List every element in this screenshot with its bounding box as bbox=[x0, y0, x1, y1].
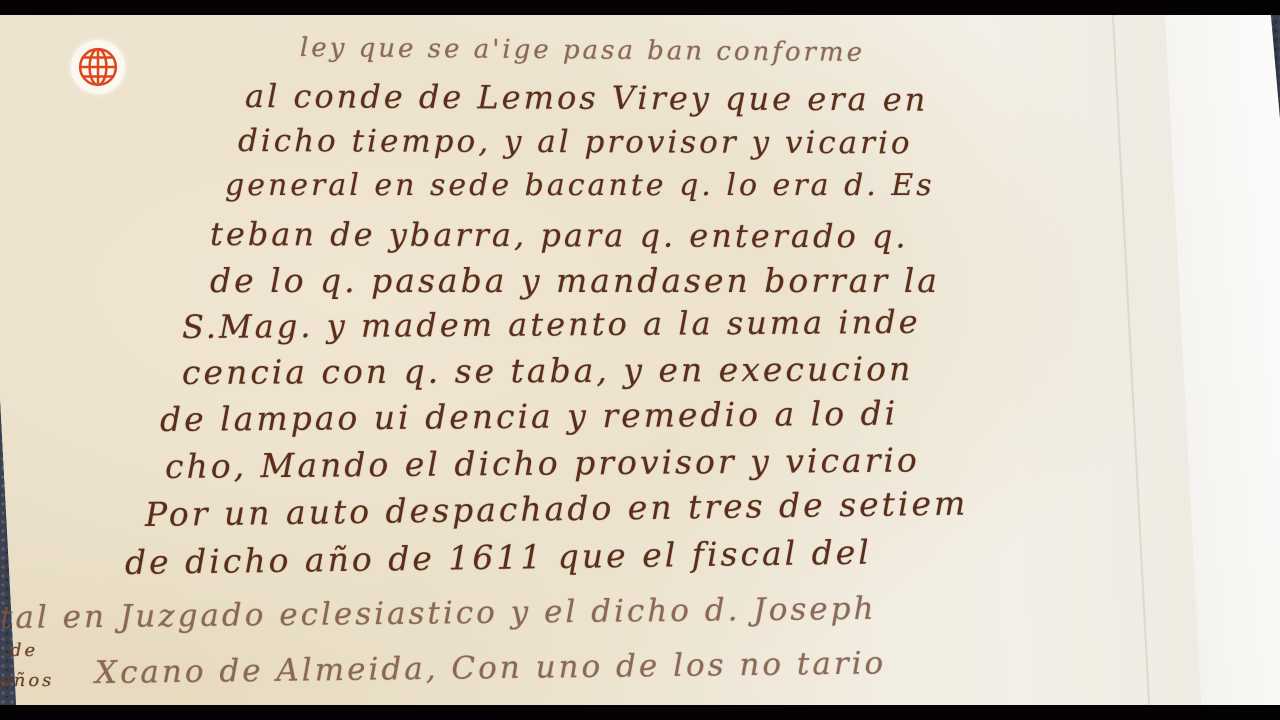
manuscript-line: cho, Mando el dicho provisor y vicario bbox=[165, 440, 920, 486]
manuscript-line: dicho tiempo, y al provisor y vicario bbox=[238, 123, 913, 161]
letterbox-bottom-bar bbox=[0, 705, 1280, 720]
manuscript-line: general en sede bacante q. lo era d. Es bbox=[225, 168, 935, 203]
manuscript-line: de lo q. pasaba y mandasen borrar la bbox=[210, 261, 940, 300]
channel-logo bbox=[71, 40, 125, 94]
manuscript-line: ley que se a'ige pasa ban conforme bbox=[300, 33, 865, 68]
margin-note: de bbox=[10, 640, 38, 661]
manuscript-line: de dicho año de 1611 que el fiscal del bbox=[125, 533, 872, 582]
manuscript-line: cencia con q. se taba, y en execucion bbox=[182, 349, 913, 392]
manuscript-line: tal en Juzgado eclesiastico y el dicho d… bbox=[0, 591, 877, 636]
manuscript-line: de lampao ui dencia y remedio a lo di bbox=[160, 394, 899, 439]
manuscript-scene: ley que se a'ige pasa ban conformeal con… bbox=[0, 15, 1280, 705]
handwritten-text-block: ley que se a'ige pasa ban conformeal con… bbox=[0, 15, 1180, 705]
manuscript-line: al conde de Lemos Virey que era en bbox=[245, 77, 929, 119]
manuscript-line: S.Mag. y madem atento a la suma inde bbox=[182, 303, 921, 346]
manuscript-line: Xcano de Almeida, Con uno de los no tari… bbox=[95, 645, 887, 691]
globe-icon bbox=[77, 46, 119, 88]
video-frame: ley que se a'ige pasa ban conformeal con… bbox=[0, 0, 1280, 720]
letterbox-top-bar bbox=[0, 0, 1280, 15]
manuscript-line: teban de ybarra, para q. enterado q. bbox=[210, 215, 909, 255]
manuscript-line: Por un auto despachado en tres de setiem bbox=[145, 484, 969, 534]
margin-note: años bbox=[0, 670, 54, 691]
